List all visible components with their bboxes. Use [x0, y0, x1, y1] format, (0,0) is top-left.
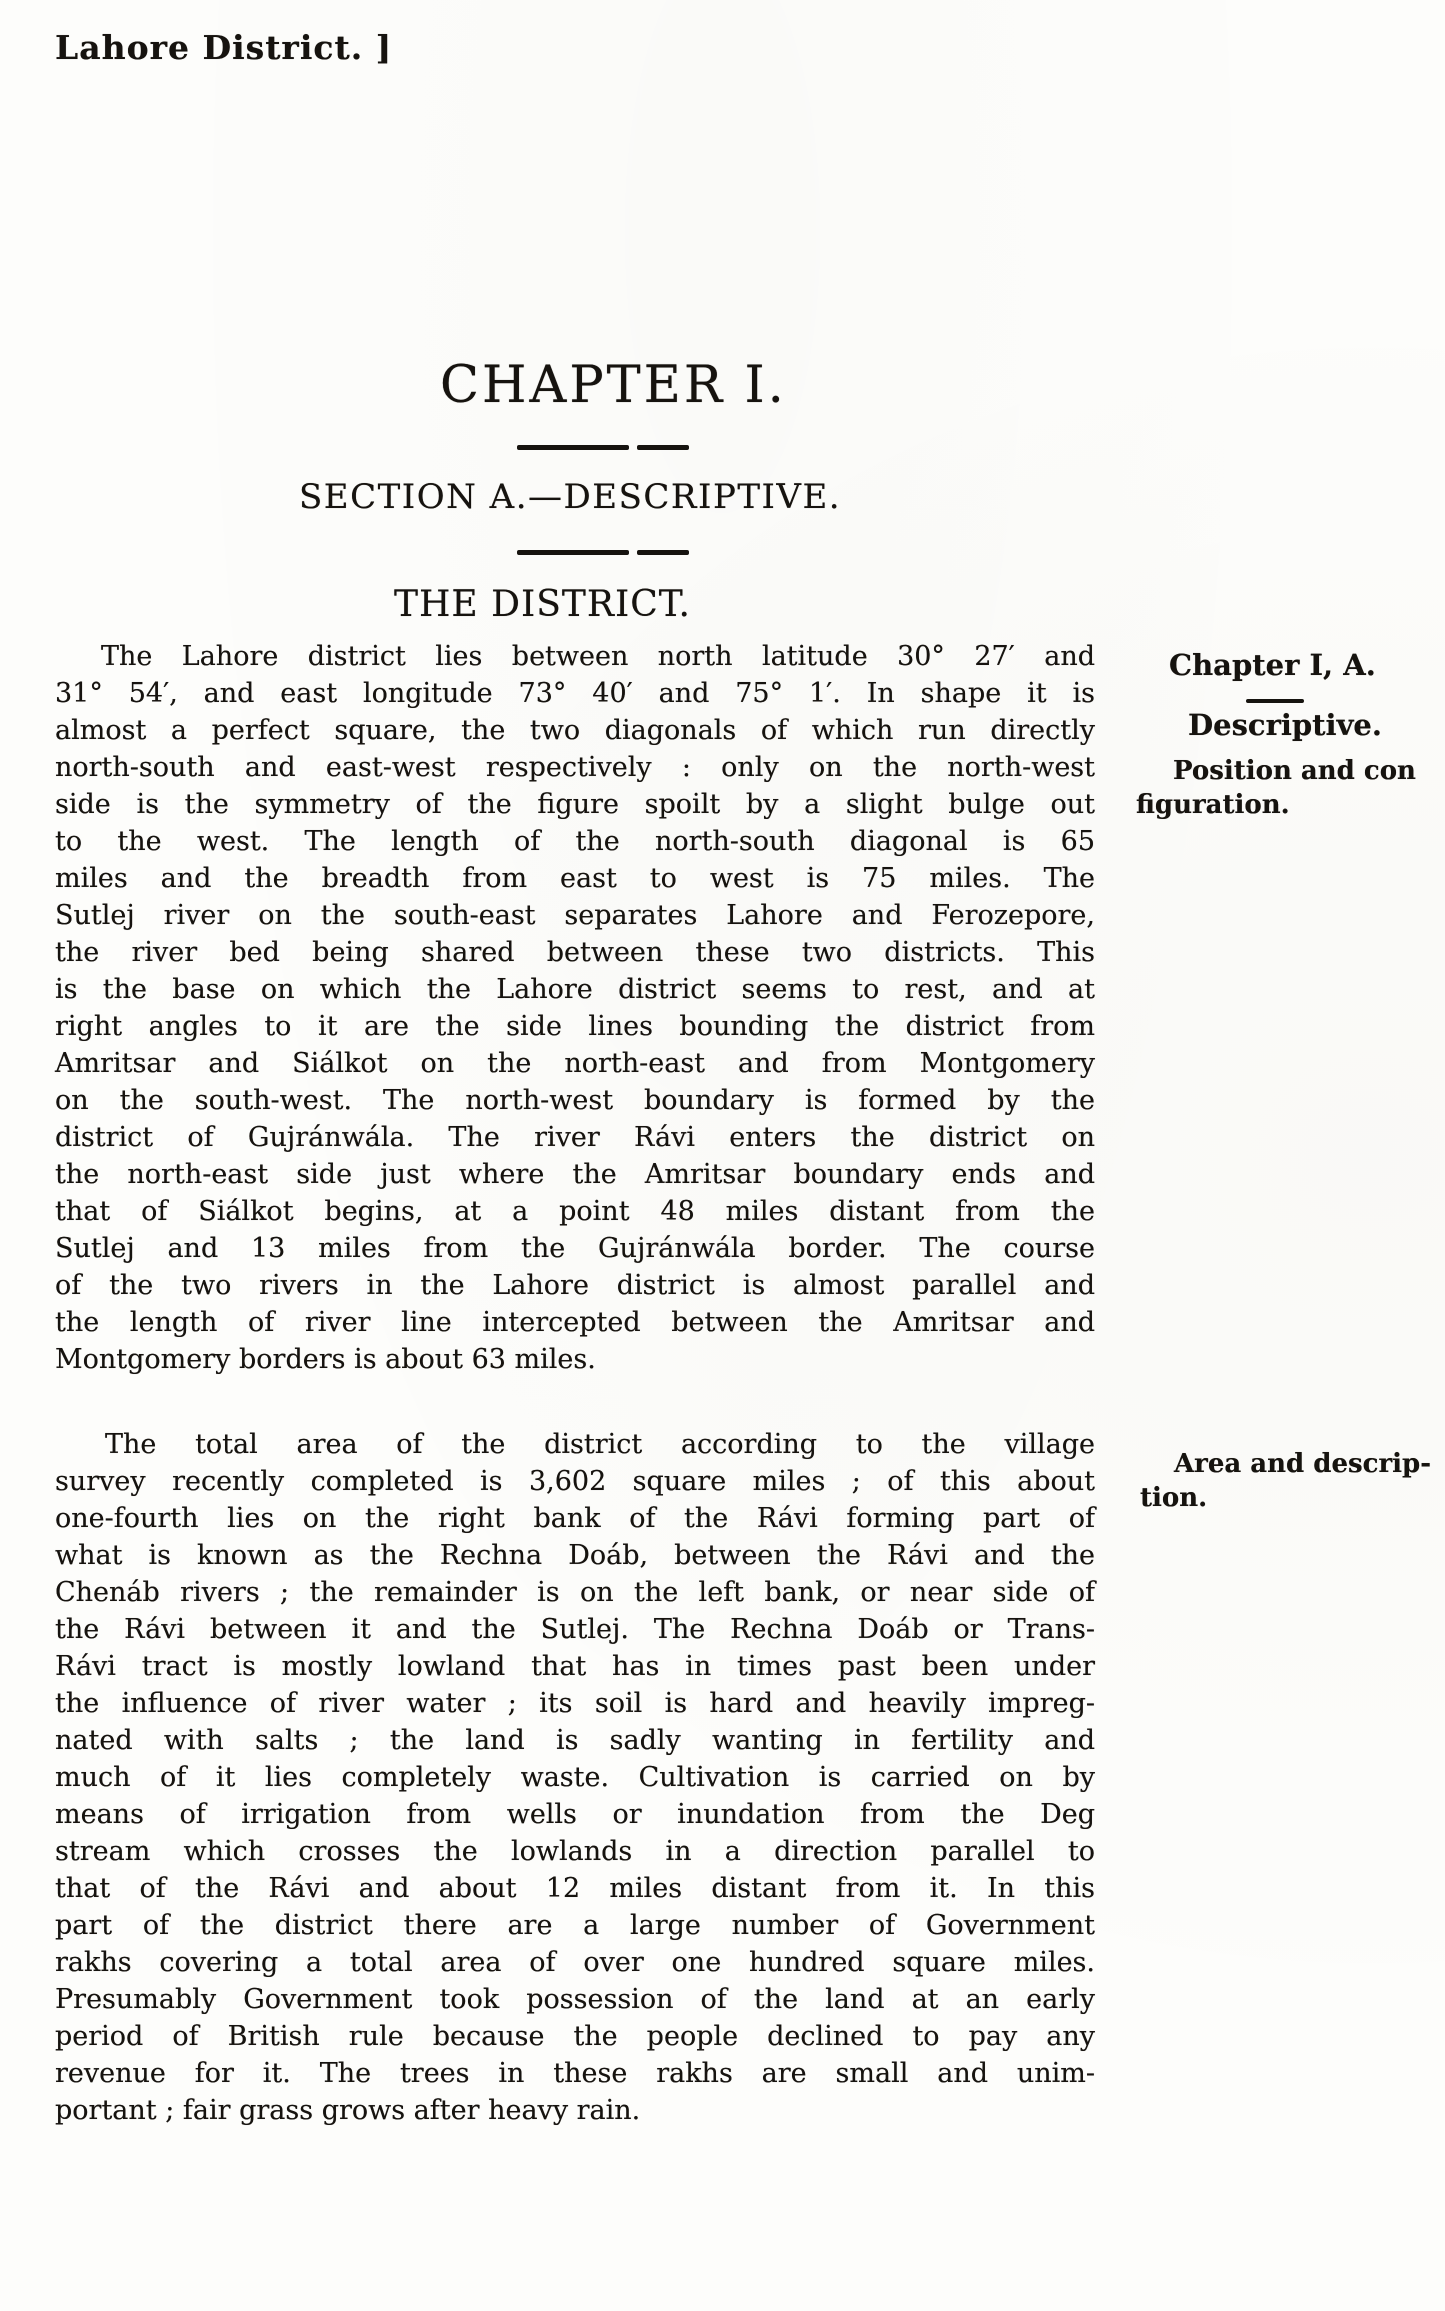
- text-line: of the two rivers in the Lahore district…: [55, 1267, 1095, 1304]
- text-line: Sutlej river on the south-east separates…: [55, 897, 1095, 934]
- rule-segment: [517, 550, 629, 555]
- text-line: nated with salts ; the land is sadly wan…: [55, 1722, 1095, 1759]
- subject-title: THE DISTRICT.: [394, 584, 691, 625]
- scanned-book-page: Lahore District. ] CHAPTER I. SECTION A.…: [0, 0, 1445, 2311]
- text-line: what is known as the Rechna Doáb, betwee…: [55, 1537, 1095, 1574]
- text-line: miles and the breadth from east to west …: [55, 860, 1095, 897]
- text-line: the influence of river water ; its soil …: [55, 1685, 1095, 1722]
- text-line: The Lahore district lies between north l…: [55, 638, 1095, 675]
- text-line: part of the district there are a large n…: [55, 1907, 1095, 1944]
- text-line: figuration.: [1136, 788, 1442, 822]
- rule-segment: [637, 550, 689, 555]
- text-line: the length of river line intercepted bet…: [55, 1304, 1095, 1341]
- decorative-rule: [517, 549, 689, 555]
- text-line: district of Gujránwála. The river Rávi e…: [55, 1119, 1095, 1156]
- text-line: the north-east side just where the Amrit…: [55, 1156, 1095, 1193]
- text-line: almost a perfect square, the two diagona…: [55, 712, 1095, 749]
- text-line: rakhs covering a total area of over one …: [55, 1944, 1095, 1981]
- text-line: right angles to it are the side lines bo…: [55, 1008, 1095, 1045]
- text-line: tion.: [1140, 1481, 1445, 1515]
- rule-segment: [637, 445, 689, 450]
- text-line: much of it lies completely waste. Cultiv…: [55, 1759, 1095, 1796]
- text-line: Presumably Government took possession of…: [55, 1981, 1095, 2018]
- text-line: Area and descrip-: [1140, 1447, 1445, 1481]
- paragraph-area-and-description: The total area of the district according…: [55, 1426, 1095, 2129]
- text-line: revenue for it. The trees in these rakhs…: [55, 2055, 1095, 2092]
- text-line: survey recently completed is 3,602 squar…: [55, 1463, 1095, 1500]
- rule-segment: [517, 445, 629, 450]
- text-line: is the base on which the Lahore district…: [55, 971, 1095, 1008]
- text-line: Rávi tract is mostly lowland that has in…: [55, 1648, 1095, 1685]
- text-line: 31° 54′, and east longitude 73° 40′ and …: [55, 675, 1095, 712]
- chapter-title: CHAPTER I.: [440, 356, 787, 415]
- text-line: to the west. The length of the north-sou…: [55, 823, 1095, 860]
- running-header-left: Lahore District. ]: [55, 28, 392, 67]
- text-line: period of British rule because the peopl…: [55, 2018, 1095, 2055]
- margin-note-position-configuration: Position and configuration.: [1136, 754, 1442, 822]
- text-line: the Rávi between it and the Sutlej. The …: [55, 1611, 1095, 1648]
- text-line: one-fourth lies on the right bank of the…: [55, 1500, 1095, 1537]
- text-line: Amritsar and Siálkot on the north-east a…: [55, 1045, 1095, 1082]
- decorative-rule: [517, 444, 689, 450]
- text-line: side is the symmetry of the figure spoil…: [55, 786, 1095, 823]
- paragraph-position-and-configuration: The Lahore district lies between north l…: [55, 638, 1095, 1378]
- margin-note-area-description: Area and descrip-tion.: [1140, 1447, 1445, 1515]
- text-line: Position and con: [1136, 754, 1442, 788]
- margin-note-chapter-heading: Chapter I, A.: [1169, 648, 1376, 682]
- text-line: The total area of the district according…: [55, 1426, 1095, 1463]
- text-line: north-south and east-west respectively :…: [55, 749, 1095, 786]
- text-line: on the south-west. The north-west bounda…: [55, 1082, 1095, 1119]
- text-line: stream which crosses the lowlands in a d…: [55, 1833, 1095, 1870]
- text-line: Montgomery borders is about 63 miles.: [55, 1341, 1095, 1378]
- section-title: SECTION A.—DESCRIPTIVE.: [299, 477, 841, 517]
- text-line: that of Siálkot begins, at a point 48 mi…: [55, 1193, 1095, 1230]
- text-line: means of irrigation from wells or inunda…: [55, 1796, 1095, 1833]
- text-line: portant ; fair grass grows after heavy r…: [55, 2092, 1095, 2129]
- text-line: Sutlej and 13 miles from the Gujránwála …: [55, 1230, 1095, 1267]
- text-line: the river bed being shared between these…: [55, 934, 1095, 971]
- margin-note-descriptive-heading: Descriptive.: [1188, 708, 1382, 742]
- text-line: Chenáb rivers ; the remainder is on the …: [55, 1574, 1095, 1611]
- text-line: that of the Rávi and about 12 miles dist…: [55, 1870, 1095, 1907]
- margin-note-rule: [1246, 699, 1304, 703]
